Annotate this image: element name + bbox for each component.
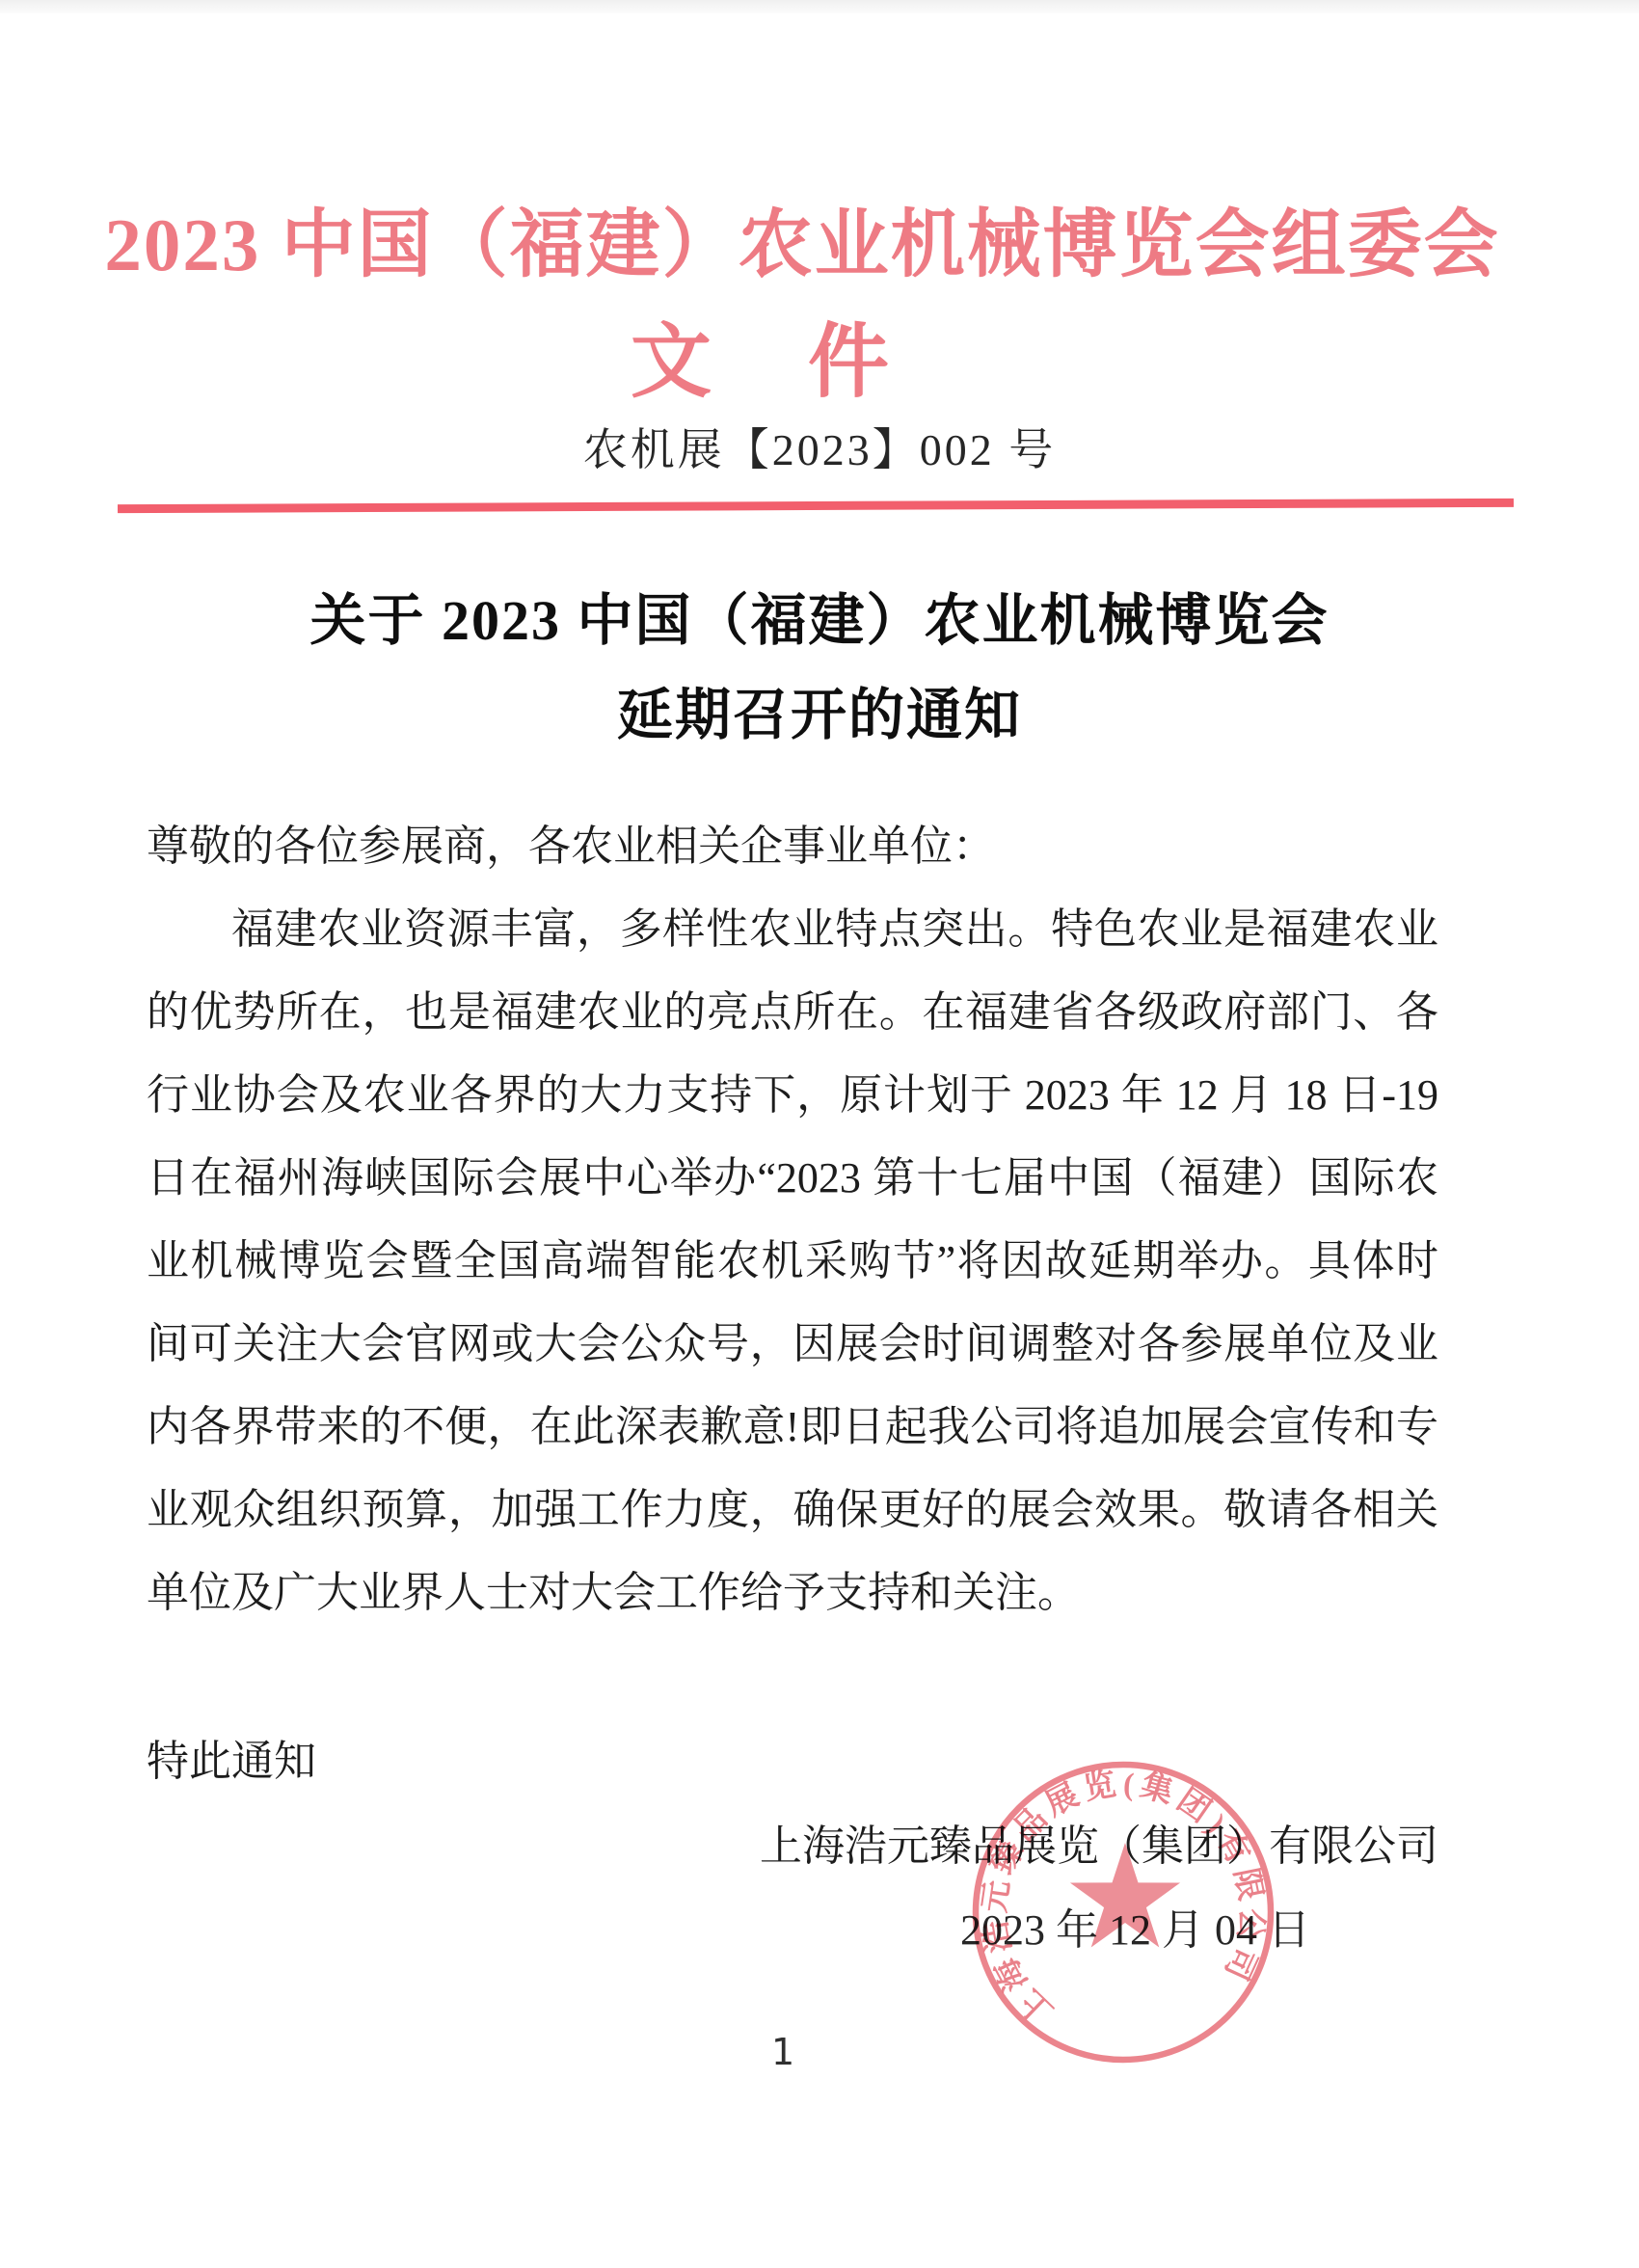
notice-title-line-1: 关于 2023 中国（福建）农业机械博览会: [0, 575, 1639, 656]
body-line: 的优势所在，也是福建农业的亮点所在。在福建省各级政府部门、各: [147, 971, 1438, 1054]
notice-title-line-2: 延期召开的通知: [0, 669, 1639, 750]
body-salutation: 尊敬的各位参展商，各农业相关企事业单位：: [147, 805, 1438, 888]
document-number: 农机展【2023】002 号: [0, 415, 1639, 478]
body-line: 行业协会及农业各界的大力支持下，原计划于 2023 年 12 月 18 日-19: [147, 1054, 1438, 1137]
letterhead-committee-name: 2023 中国（福建）农业机械博览会组委会: [0, 185, 1622, 292]
letterhead-document-word: 文件: [0, 297, 1579, 414]
notice-body: 尊敬的各位参展商，各农业相关企事业单位： 福建农业资源丰富，多样性农业特点突出。…: [147, 805, 1438, 1634]
closing-phrase: 特此通知: [147, 1720, 316, 1803]
body-line: 日在福州海峡国际会展中心举办“2023 第十七届中国（福建）国际农: [147, 1137, 1438, 1220]
company-seal-stamp: 上海浩元臻品展览(集团)有限公司: [940, 1729, 1306, 2095]
body-line: 业机械博览会暨全国高端智能农机采购节”将因故延期举办。具体时: [147, 1220, 1438, 1303]
body-line: 间可关注大会官网或大会公众号，因展会时间调整对各参展单位及业: [147, 1303, 1438, 1386]
letterhead-red-rule: [118, 499, 1514, 513]
body-line-last: 单位及广大业界人士对大会工作给予支持和关注。: [147, 1552, 1438, 1634]
body-line: 业观众组织预算，加强工作力度，确保更好的展会效果。敬请各相关: [147, 1469, 1438, 1552]
seal-star-icon: [1070, 1843, 1180, 1948]
scan-top-edge: [0, 0, 1639, 13]
page-number: 1: [771, 2031, 794, 2073]
body-line: 内各界带来的不便，在此深表歉意!即日起我公司将追加展会宣传和专: [147, 1386, 1438, 1469]
body-line: 福建农业资源丰富，多样性农业特点突出。特色农业是福建农业: [147, 888, 1438, 971]
